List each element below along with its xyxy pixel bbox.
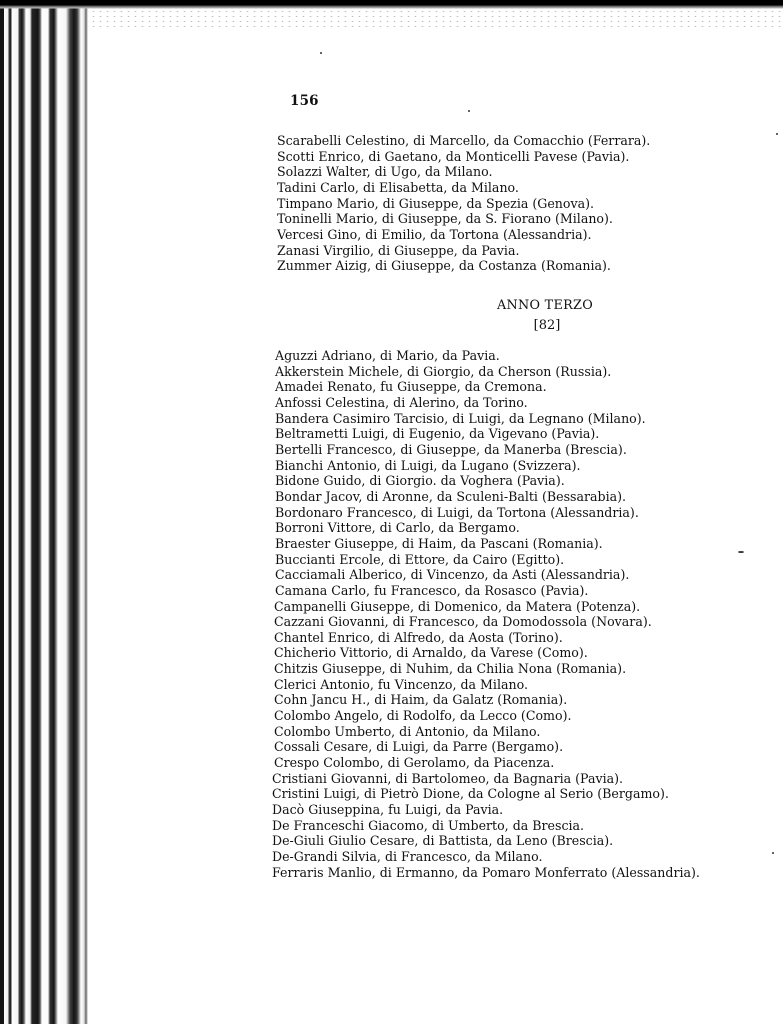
list-item: Zanasi Virgilio, di Giuseppe, da Pavia.: [277, 243, 650, 259]
list-item: Scotti Enrico, di Gaetano, da Monticelli…: [277, 149, 650, 165]
list-item: Cristiani Giovanni, di Bartolomeo, da Ba…: [272, 771, 700, 787]
page-number: 156: [290, 93, 319, 109]
section-heading: ANNO TERZO: [270, 298, 730, 313]
section-count: [82]: [270, 318, 730, 333]
list-item: Chitzis Giuseppe, di Nuhim, da Chilia No…: [274, 661, 700, 677]
list-item: Cacciamali Alberico, di Vincenzo, da Ast…: [275, 567, 700, 583]
list-item: Dacò Giuseppina, fu Luigi, da Pavia.: [272, 802, 700, 818]
list-item: Cohn Jancu H., di Haim, da Galatz (Roman…: [274, 692, 700, 708]
name-list-continued: Scarabelli Celestino, di Marcello, da Co…: [277, 133, 650, 274]
page-top-border: [0, 0, 783, 9]
book-binding-edge: [0, 0, 88, 1024]
scan-speck: [468, 110, 470, 112]
scan-speck: [738, 551, 744, 553]
list-item: Cossali Cesare, di Luigi, da Parre (Berg…: [274, 739, 700, 755]
list-item: Braester Giuseppe, di Haim, da Pascani (…: [275, 536, 700, 552]
list-item: Bordonaro Francesco, di Luigi, da Torton…: [275, 505, 700, 521]
list-item: Scarabelli Celestino, di Marcello, da Co…: [277, 133, 650, 149]
list-item: Bidone Guido, di Giorgio. da Voghera (Pa…: [275, 473, 700, 489]
list-item: Clerici Antonio, fu Vincenzo, da Milano.: [274, 677, 700, 693]
list-item: Tadini Carlo, di Elisabetta, da Milano.: [277, 180, 650, 196]
list-item: Toninelli Mario, di Giuseppe, da S. Fior…: [277, 211, 650, 227]
list-item: Bertelli Francesco, di Giuseppe, da Mane…: [275, 442, 700, 458]
list-item: Chicherio Vittorio, di Arnaldo, da Vares…: [274, 645, 700, 661]
list-item: Borroni Vittore, di Carlo, da Bergamo.: [275, 520, 700, 536]
list-item: Amadei Renato, fu Giuseppe, da Cremona.: [275, 379, 700, 395]
list-item: Vercesi Gino, di Emilio, da Tortona (Ale…: [277, 227, 650, 243]
list-item: Colombo Angelo, di Rodolfo, da Lecco (Co…: [274, 708, 700, 724]
name-list-anno-terzo: Aguzzi Adriano, di Mario, da Pavia. Akke…: [275, 348, 700, 880]
list-item: De-Giuli Giulio Cesare, di Battista, da …: [272, 833, 700, 849]
list-item: De Franceschi Giacomo, di Umberto, da Br…: [272, 818, 700, 834]
list-item: Chantel Enrico, di Alfredo, da Aosta (To…: [274, 630, 700, 646]
list-item: Akkerstein Michele, di Giorgio, da Chers…: [275, 364, 700, 380]
scan-speck: [320, 52, 322, 54]
list-item: De-Grandi Silvia, di Francesco, da Milan…: [272, 849, 700, 865]
list-item: Bandera Casimiro Tarcisio, di Luigi, da …: [275, 411, 700, 427]
list-item: Solazzi Walter, di Ugo, da Milano.: [277, 164, 650, 180]
scan-noise: [90, 9, 783, 27]
list-item: Buccianti Ercole, di Ettore, da Cairo (E…: [275, 552, 700, 568]
list-item: Bondar Jacov, di Aronne, da Sculeni-Balt…: [275, 489, 700, 505]
list-item: Ferraris Manlio, di Ermanno, da Pomaro M…: [272, 865, 700, 881]
list-item: Crespo Colombo, di Gerolamo, da Piacenza…: [274, 755, 700, 771]
list-item: Anfossi Celestina, di Alerino, da Torino…: [275, 395, 700, 411]
scan-speck: [772, 852, 774, 854]
list-item: Camana Carlo, fu Francesco, da Rosasco (…: [275, 583, 700, 599]
list-item: Cazzani Giovanni, di Francesco, da Domod…: [274, 614, 700, 630]
scan-speck: [776, 133, 778, 135]
list-item: Campanelli Giuseppe, di Domenico, da Mat…: [274, 599, 700, 615]
list-item: Bianchi Antonio, di Luigi, da Lugano (Sv…: [275, 458, 700, 474]
list-item: Beltrametti Luigi, di Eugenio, da Vigeva…: [275, 426, 700, 442]
list-item: Zummer Aizig, di Giuseppe, da Costanza (…: [277, 258, 650, 274]
list-item: Timpano Mario, di Giuseppe, da Spezia (G…: [277, 196, 650, 212]
list-item: Aguzzi Adriano, di Mario, da Pavia.: [275, 348, 700, 364]
list-item: Colombo Umberto, di Antonio, da Milano.: [274, 724, 700, 740]
list-item: Cristini Luigi, di Pietrò Dione, da Colo…: [272, 786, 700, 802]
